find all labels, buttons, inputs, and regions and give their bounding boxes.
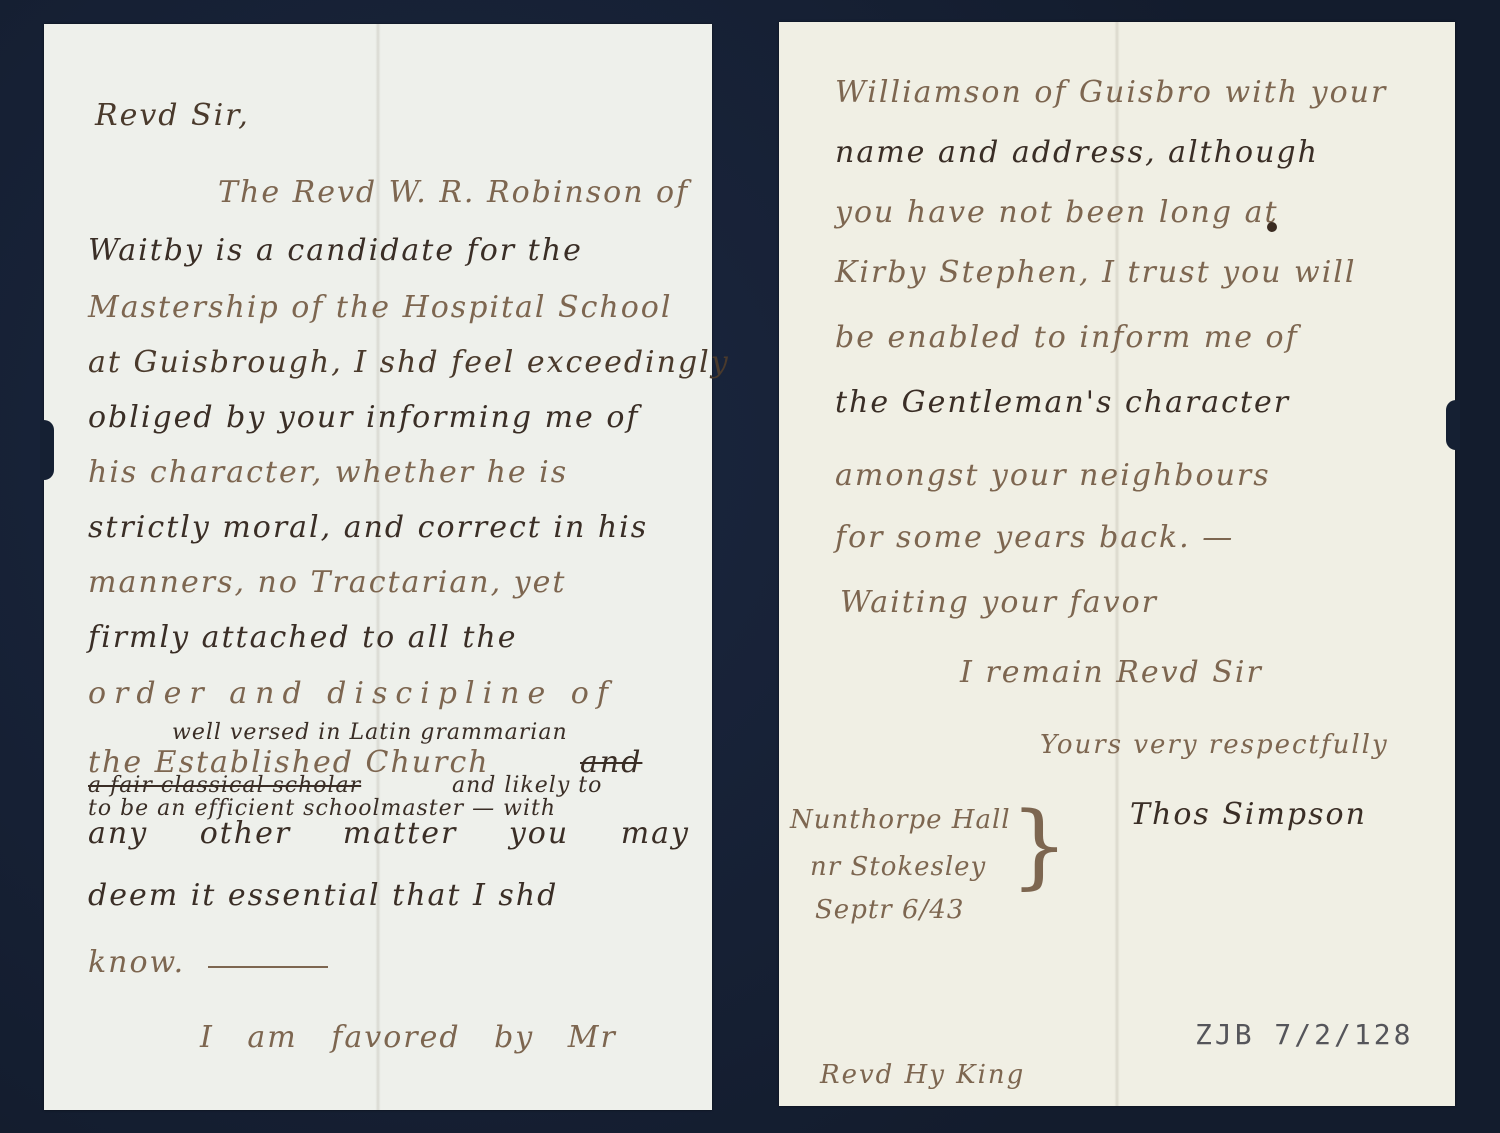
letter-line: be enabled to inform me of bbox=[835, 320, 1299, 355]
letter-line: and likely to bbox=[452, 773, 602, 798]
salutation: Revd Sir, bbox=[95, 98, 250, 133]
letter-line: Waitby is a candidate for the bbox=[88, 233, 583, 268]
letter-line: strictly moral, and correct in his bbox=[88, 510, 648, 545]
page-edge-tear bbox=[40, 420, 54, 480]
letter-line: manners, no Tractarian, yet bbox=[88, 565, 566, 600]
valediction: Yours very respectfully bbox=[1040, 730, 1389, 760]
letter-line: I am favored by Mr bbox=[200, 1020, 617, 1055]
sender-address-line: Nunthorpe Hall bbox=[790, 805, 1011, 835]
letter-page-right bbox=[779, 22, 1455, 1106]
letter-line: Mastership of the Hospital School bbox=[88, 290, 672, 325]
letter-line: firmly attached to all the bbox=[88, 620, 517, 655]
letter-line: obliged by your informing me of bbox=[88, 400, 639, 435]
letter-line: The Revd W. R. Robinson of bbox=[218, 175, 689, 210]
letter-line: know. bbox=[88, 945, 185, 980]
letter-line: order and discipline of bbox=[88, 676, 616, 711]
letter-line: deem it essential that I shd bbox=[88, 878, 558, 913]
letter-line: his character, whether he is bbox=[88, 455, 568, 490]
letter-line: Kirby Stephen, I trust you will bbox=[835, 255, 1357, 290]
interlinear-insertion: well versed in Latin grammarian bbox=[172, 720, 568, 745]
letter-line: Williamson of Guisbro with your bbox=[835, 75, 1387, 110]
closing: I remain Revd Sir bbox=[960, 655, 1263, 690]
struck-line: a fair classical scholar bbox=[88, 773, 361, 798]
address-brace: } bbox=[1010, 800, 1069, 892]
letter-date: Septr 6/43 bbox=[815, 895, 964, 925]
letter-line: the Gentleman's character bbox=[835, 385, 1290, 420]
letter-line: you have not been long at bbox=[835, 195, 1279, 230]
archive-reference: ZJB 7/2/128 bbox=[1195, 1018, 1413, 1051]
letter-line: for some years back. — bbox=[835, 520, 1234, 555]
letter-line: amongst your neighbours bbox=[835, 458, 1271, 493]
sender-address-line: nr Stokesley bbox=[810, 852, 986, 882]
page-edge-tear bbox=[1446, 400, 1460, 450]
addressee: Revd Hy King bbox=[820, 1060, 1025, 1090]
letter-line: any other matter you may bbox=[88, 816, 690, 851]
letter-line: name and address, although bbox=[835, 135, 1319, 170]
flourish-dash bbox=[208, 966, 328, 968]
letter-line: at Guisbrough, I shd feel exceedingly bbox=[88, 345, 730, 380]
letter-line: Waiting your favor bbox=[840, 585, 1158, 620]
signature: Thos Simpson bbox=[1130, 797, 1367, 832]
ink-blot bbox=[1267, 222, 1277, 232]
